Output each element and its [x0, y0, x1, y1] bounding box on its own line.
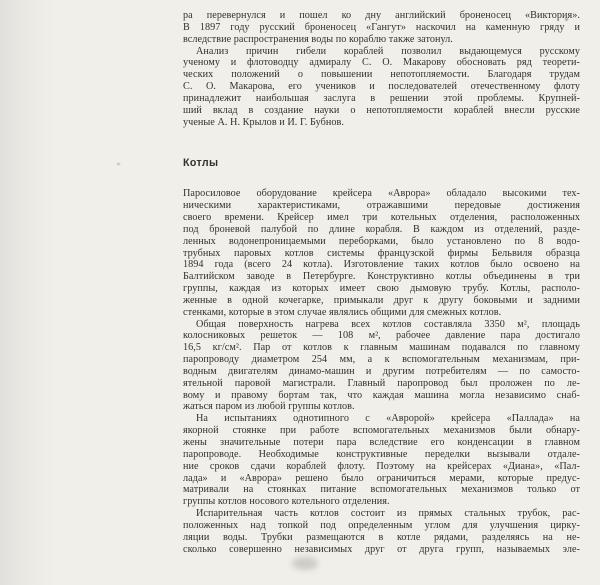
text-line: матривали на стоянках питание вспомогате…	[183, 484, 580, 496]
text-line: С. О. Макарова, его учеников и последова…	[183, 81, 580, 93]
book-page: ра перевернулся и пошел ко дну английски…	[0, 0, 600, 585]
text-line: паропроводу диаметром 254 мм, а к вспомо…	[183, 354, 580, 366]
text-line: женные в одной кочегарке, примыкали друг…	[183, 295, 580, 307]
text-line: Паросиловое оборудование крейсера «Аврор…	[183, 188, 580, 200]
text-line: ническими характеристиками, отражавшими …	[183, 200, 580, 212]
text-line: паропроводе. Необходимые конструктивные …	[183, 449, 580, 461]
text-line: ученому и флотоводцу адмиралу С. О. Мака…	[183, 57, 580, 69]
paragraph: ра перевернулся и пошел ко дну английски…	[183, 10, 580, 46]
text-line: ляции воды. Трубки размещаются в котле р…	[183, 532, 580, 544]
text-line: якорной стоянке при работе вспомогательн…	[183, 425, 580, 437]
text-line: 16,5 кг/см². Пар от котлов к главным маш…	[183, 342, 580, 354]
text-line: Анализ причин гибели кораблей позволил в…	[183, 46, 580, 58]
text-line: вому и правому бортам так, что каждая ма…	[183, 390, 580, 402]
text-line: ленных водонепроницаемыми переборками, б…	[183, 236, 580, 248]
paragraph: Испарительная часть котлов состоит из пр…	[183, 508, 580, 555]
text-line: Общая поверхность нагрева всех котлов со…	[183, 319, 580, 331]
paragraph: Паросиловое оборудование крейсера «Аврор…	[183, 188, 580, 318]
text-line: ческих положений о повышении непотопляем…	[183, 69, 580, 81]
paragraph: Анализ причин гибели кораблей позволил в…	[183, 46, 580, 129]
print-speck	[117, 163, 120, 165]
page-edge-shadow	[0, 0, 56, 585]
text-line: ра перевернулся и пошел ко дну английски…	[183, 10, 580, 22]
text-line: лада» и «Аврора» решено было ограничитьс…	[183, 473, 580, 485]
text-line: ший вклад в создание науки о непотопляем…	[183, 105, 580, 117]
text-line: принадлежит наибольшая заслуга в решении…	[183, 93, 580, 105]
text-line: жены значительные потери пара вследствие…	[183, 437, 580, 449]
text-column: ра перевернулся и пошел ко дну английски…	[183, 10, 580, 555]
text-line: положенных над топкой под определенным у…	[183, 520, 580, 532]
text-line: группы котлов носового котельного отделе…	[183, 496, 580, 508]
text-line: Балтийском заводе в Петербурге. Конструк…	[183, 271, 580, 283]
text-line: трубных паровых котлов системы французск…	[183, 248, 580, 260]
section-heading: Котлы	[183, 158, 580, 170]
text-line: стенками, которые в этом случае являлись…	[183, 307, 580, 319]
text-line: ученые А. Н. Крылов и И. Г. Бубнов.	[183, 117, 580, 129]
text-line: под броневой палубой по длине корабля. В…	[183, 224, 580, 236]
paragraph: Общая поверхность нагрева всех котлов со…	[183, 319, 580, 414]
text-line: жаться паром из любой группы котлов.	[183, 401, 580, 413]
text-line: На испытаниях однотипного с «Авророй» кр…	[183, 413, 580, 425]
text-line: Испарительная часть котлов состоит из пр…	[183, 508, 580, 520]
paragraph: На испытаниях однотипного с «Авророй» кр…	[183, 413, 580, 508]
print-speck	[565, 18, 568, 21]
text-line: колосниковых решеток — 108 м², рабочее д…	[183, 330, 580, 342]
print-smudge	[292, 557, 318, 570]
text-line: водным двигателям динамо-машин и другим …	[183, 366, 580, 378]
text-line: ние сроков сдачи кораблей флоту. Поэтому…	[183, 461, 580, 473]
text-line: В 1897 году русский броненосец «Гангут» …	[183, 22, 580, 34]
text-line: группы, каждая из которых имеет свою дым…	[183, 283, 580, 295]
text-line: вследствие распространения воды по кораб…	[183, 34, 580, 46]
text-line: ятельной паровой магистрали. Главный пар…	[183, 378, 580, 390]
text-line: 1894 года (всего 24 котла). Изготовление…	[183, 259, 580, 271]
text-line: сколько совершенно независимых друг от д…	[183, 544, 580, 556]
text-line: своего времени. Крейсер имел три котельн…	[183, 212, 580, 224]
